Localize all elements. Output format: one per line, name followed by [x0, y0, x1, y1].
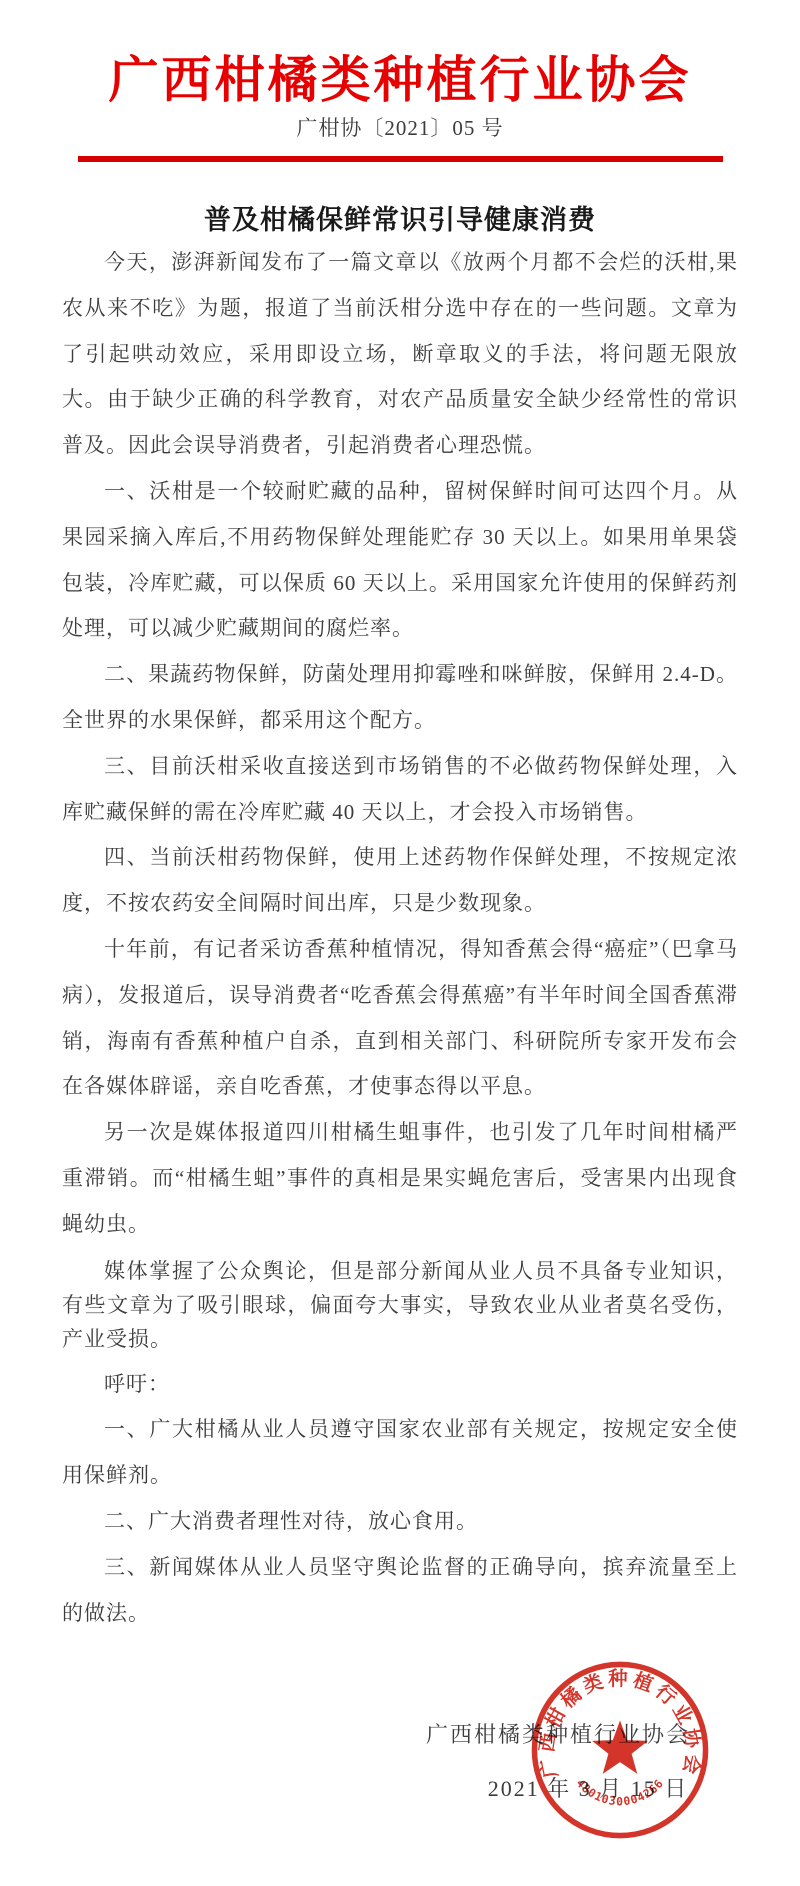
document-body: 今天，澎湃新闻发布了一篇文章以《放两个月都不会烂的沃柑,果农从来不吃》为题，报道…: [62, 240, 738, 1636]
body-paragraph: 另一次是媒体报道四川柑橘生蛆事件，也引发了几年时间柑橘严重滞销。而“柑橘生蛆”事…: [62, 1110, 738, 1247]
seal-serial-number: 4801030004266: [574, 1776, 667, 1808]
body-paragraph: 呼吁：: [62, 1362, 738, 1408]
red-divider-rule: [78, 156, 723, 162]
body-paragraph: 二、果蔬药物保鲜，防菌处理用抑霉唑和咪鲜胺，保鲜用 2.4-D。全世界的水果保鲜…: [62, 652, 738, 744]
body-paragraph: 三、新闻媒体从业人员坚守舆论监督的正确导向，摈弃流量至上的做法。: [62, 1545, 738, 1637]
body-paragraph: 一、广大柑橘从业人员遵守国家农业部有关规定，按规定安全使用保鲜剂。: [62, 1407, 738, 1499]
document-title: 普及柑橘保鲜常识引导健康消费: [0, 198, 800, 237]
body-paragraph: 十年前，有记者采访香蕉种植情况，得知香蕉会得“癌症”（巴拿马病），发报道后，误导…: [62, 927, 738, 1110]
body-paragraph: 四、当前沃柑药物保鲜，使用上述药物作保鲜处理，不按规定浓度，不按农药安全间隔时间…: [62, 835, 738, 927]
body-paragraph: 今天，澎湃新闻发布了一篇文章以《放两个月都不会烂的沃柑,果农从来不吃》为题，报道…: [62, 240, 738, 469]
official-seal-stamp: 广西柑橘类种植行业协会 4801030004266: [528, 1658, 712, 1842]
body-paragraph: 一、沃柑是一个较耐贮藏的品种，留树保鲜时间可达四个月。从果园采摘入库后,不用药物…: [62, 469, 738, 652]
body-paragraph: 三、目前沃柑采收直接送到市场销售的不必做药物保鲜处理，入库贮藏保鲜的需在冷库贮藏…: [62, 744, 738, 836]
body-paragraph: 二、广大消费者理性对待，放心食用。: [62, 1499, 738, 1545]
letterhead-org-title: 广西柑橘类种植行业协会: [0, 40, 800, 112]
star-icon: [592, 1721, 648, 1774]
document-number: 广柑协〔2021〕05 号: [0, 112, 800, 142]
body-paragraph: 媒体掌握了公众舆论，但是部分新闻从业人员不具备专业知识，有些文章为了吸引眼球，偏…: [62, 1254, 738, 1356]
official-document-page: 广西柑橘类种植行业协会 广柑协〔2021〕05 号 普及柑橘保鲜常识引导健康消费…: [0, 0, 800, 1886]
